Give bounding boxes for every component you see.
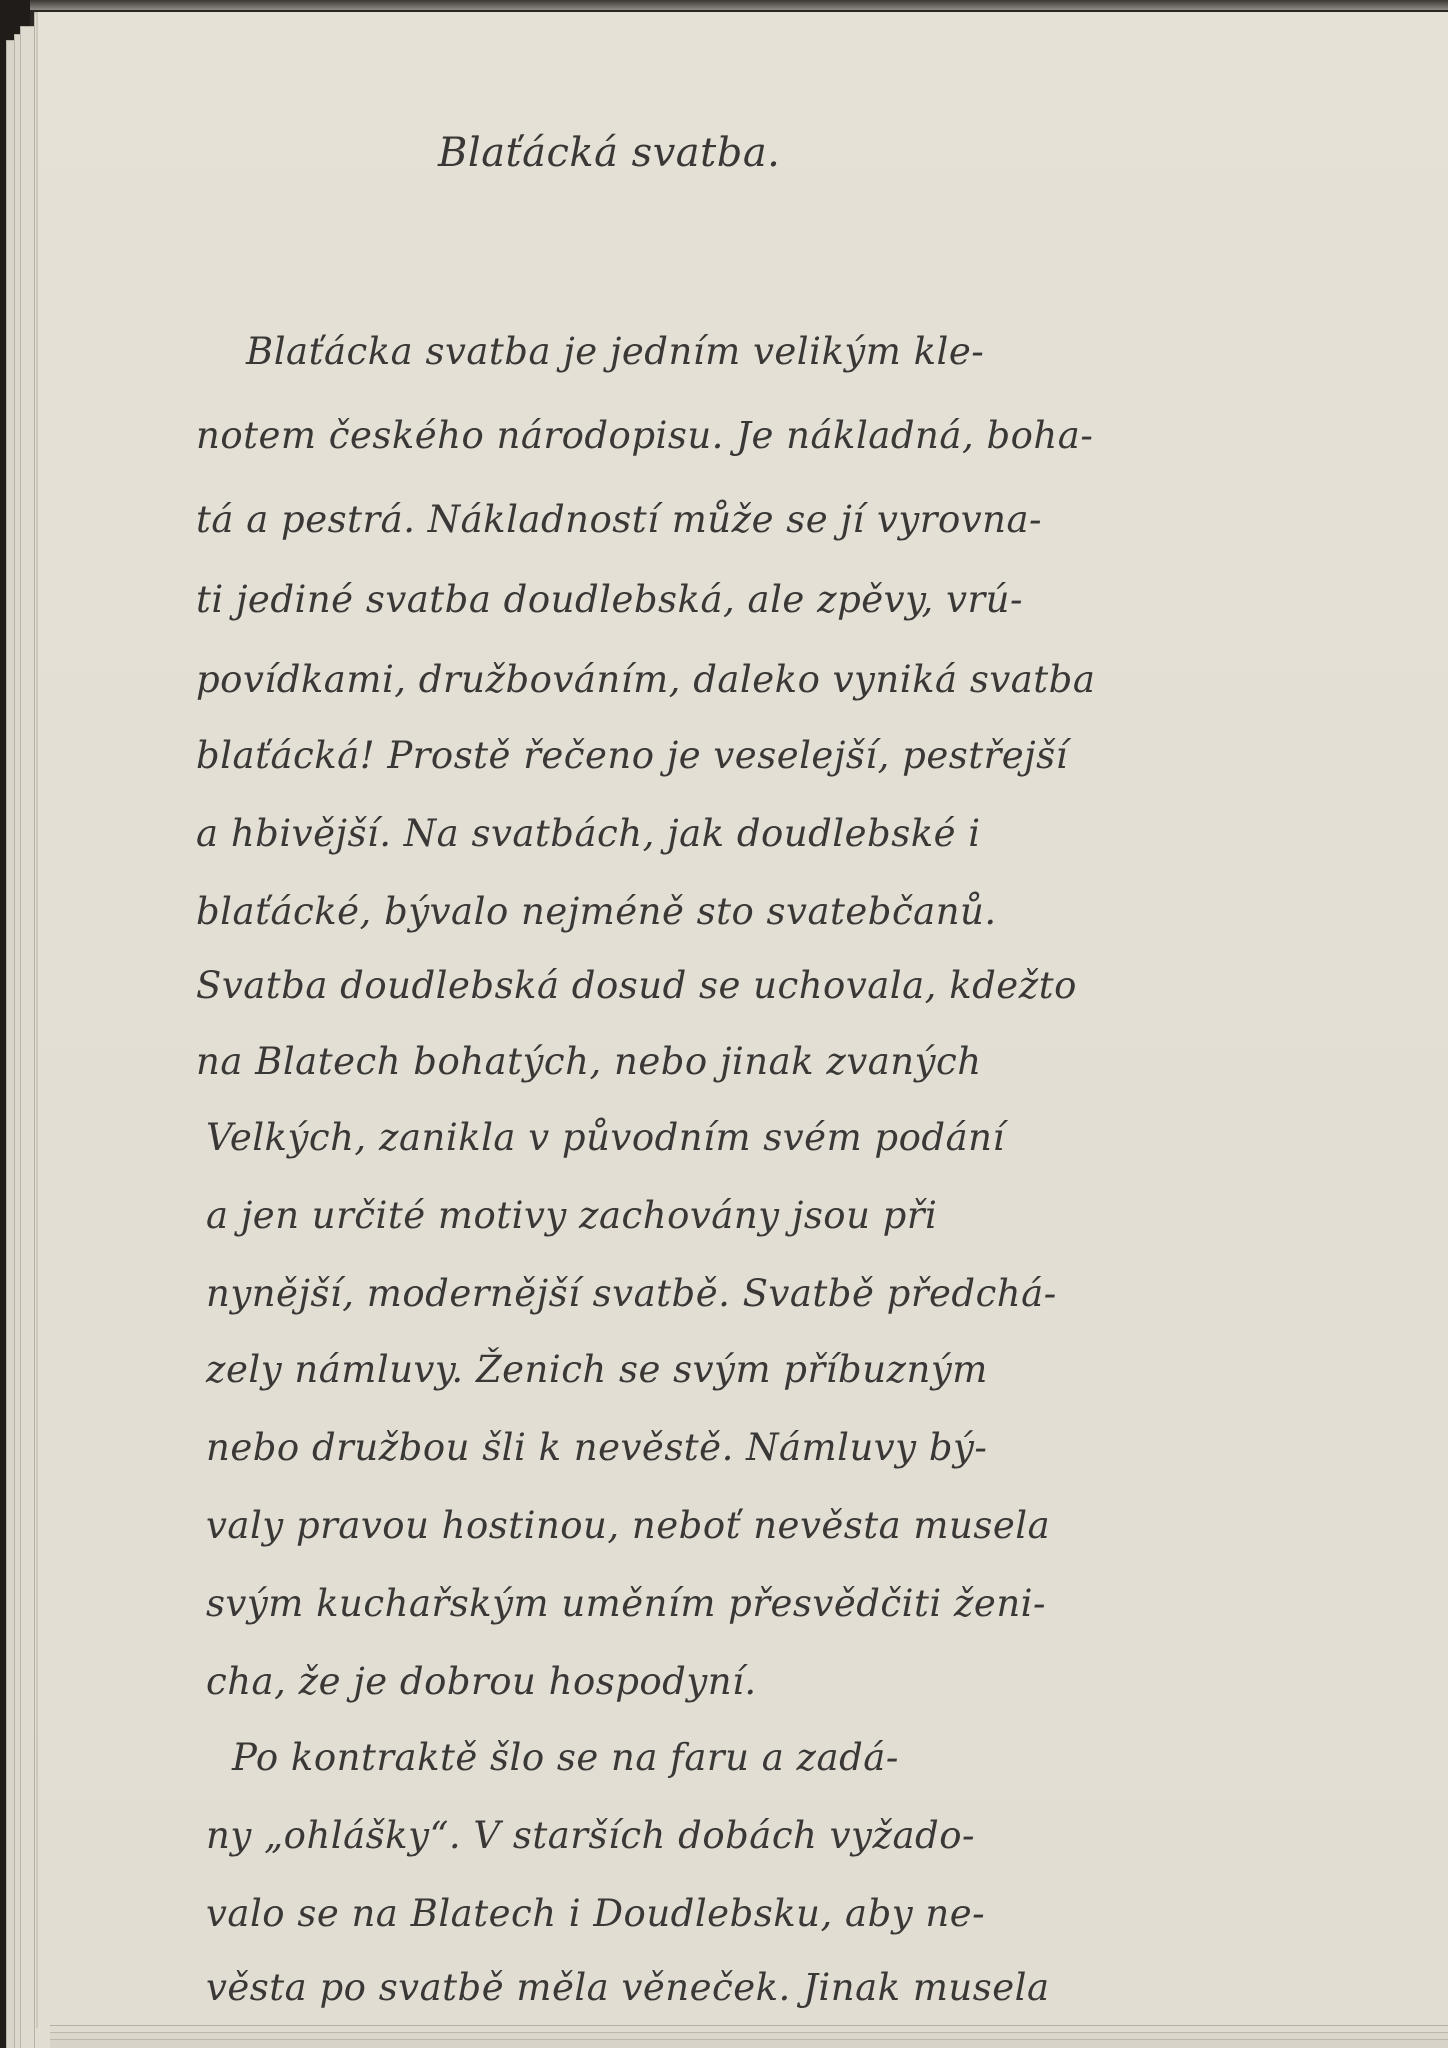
stacked-page-bottom-edges [50, 2025, 1448, 2048]
text-line: svým kuchařským uměním přesvědčiti ženi- [206, 1582, 1046, 1625]
text-line: blaťácké, bývalo nejméně sto svatebčanů. [196, 890, 997, 933]
text-line: zely námluvy. Ženich se svým příbuzným [206, 1348, 988, 1391]
text-line: a hbivější. Na svatbách, jak doudlebské … [196, 812, 981, 855]
text-line: Velkých, zanikla v původním svém podání [206, 1116, 1005, 1159]
handwritten-body: Blaťácka svatba je jedním velikým kle- n… [36, 12, 1448, 2028]
text-line: cha, že je dobrou hospodyní. [206, 1660, 757, 1703]
text-line: Blaťácka svatba je jedním velikým kle- [246, 330, 984, 373]
text-line: valy pravou hostinou, neboť nevěsta muse… [206, 1504, 1050, 1547]
scanner-top-edge [0, 0, 1448, 10]
manuscript-scan: Blaťácká svatba. Blaťácka svatba je jedn… [0, 0, 1448, 2048]
text-line: Po kontraktě šlo se na faru a zadá- [232, 1736, 899, 1779]
text-line: tá a pestrá. Nákladností může se jí vyro… [196, 498, 1042, 541]
text-line: na Blatech bohatých, nebo jinak zvaných [196, 1040, 982, 1083]
text-line: ti jediné svatba doudlebská, ale zpěvy, … [196, 578, 1023, 621]
text-line: valo se na Blatech i Doudlebsku, aby ne- [206, 1892, 985, 1935]
text-line: nynější, modernější svatbě. Svatbě předc… [206, 1272, 1057, 1315]
text-line: a jen určité motivy zachovány jsou při [206, 1194, 937, 1237]
text-line: věsta po svatbě měla věneček. Jinak muse… [206, 1966, 1050, 2009]
text-line: blaťácká! Prostě řečeno je veselejší, pe… [196, 734, 1068, 777]
text-line: nebo družbou šli k nevěstě. Námluvy bý- [206, 1426, 987, 1469]
text-line: Svatba doudlebská dosud se uchovala, kde… [196, 964, 1077, 1007]
text-line: notem českého národopisu. Je nákladná, b… [196, 414, 1093, 457]
text-line: povídkami, družbováním, daleko vyniká sv… [196, 658, 1095, 701]
manuscript-page: Blaťácká svatba. Blaťácka svatba je jedn… [36, 12, 1448, 2028]
text-line: ny „ohlášky“. V starších dobách vyžado- [206, 1814, 975, 1857]
